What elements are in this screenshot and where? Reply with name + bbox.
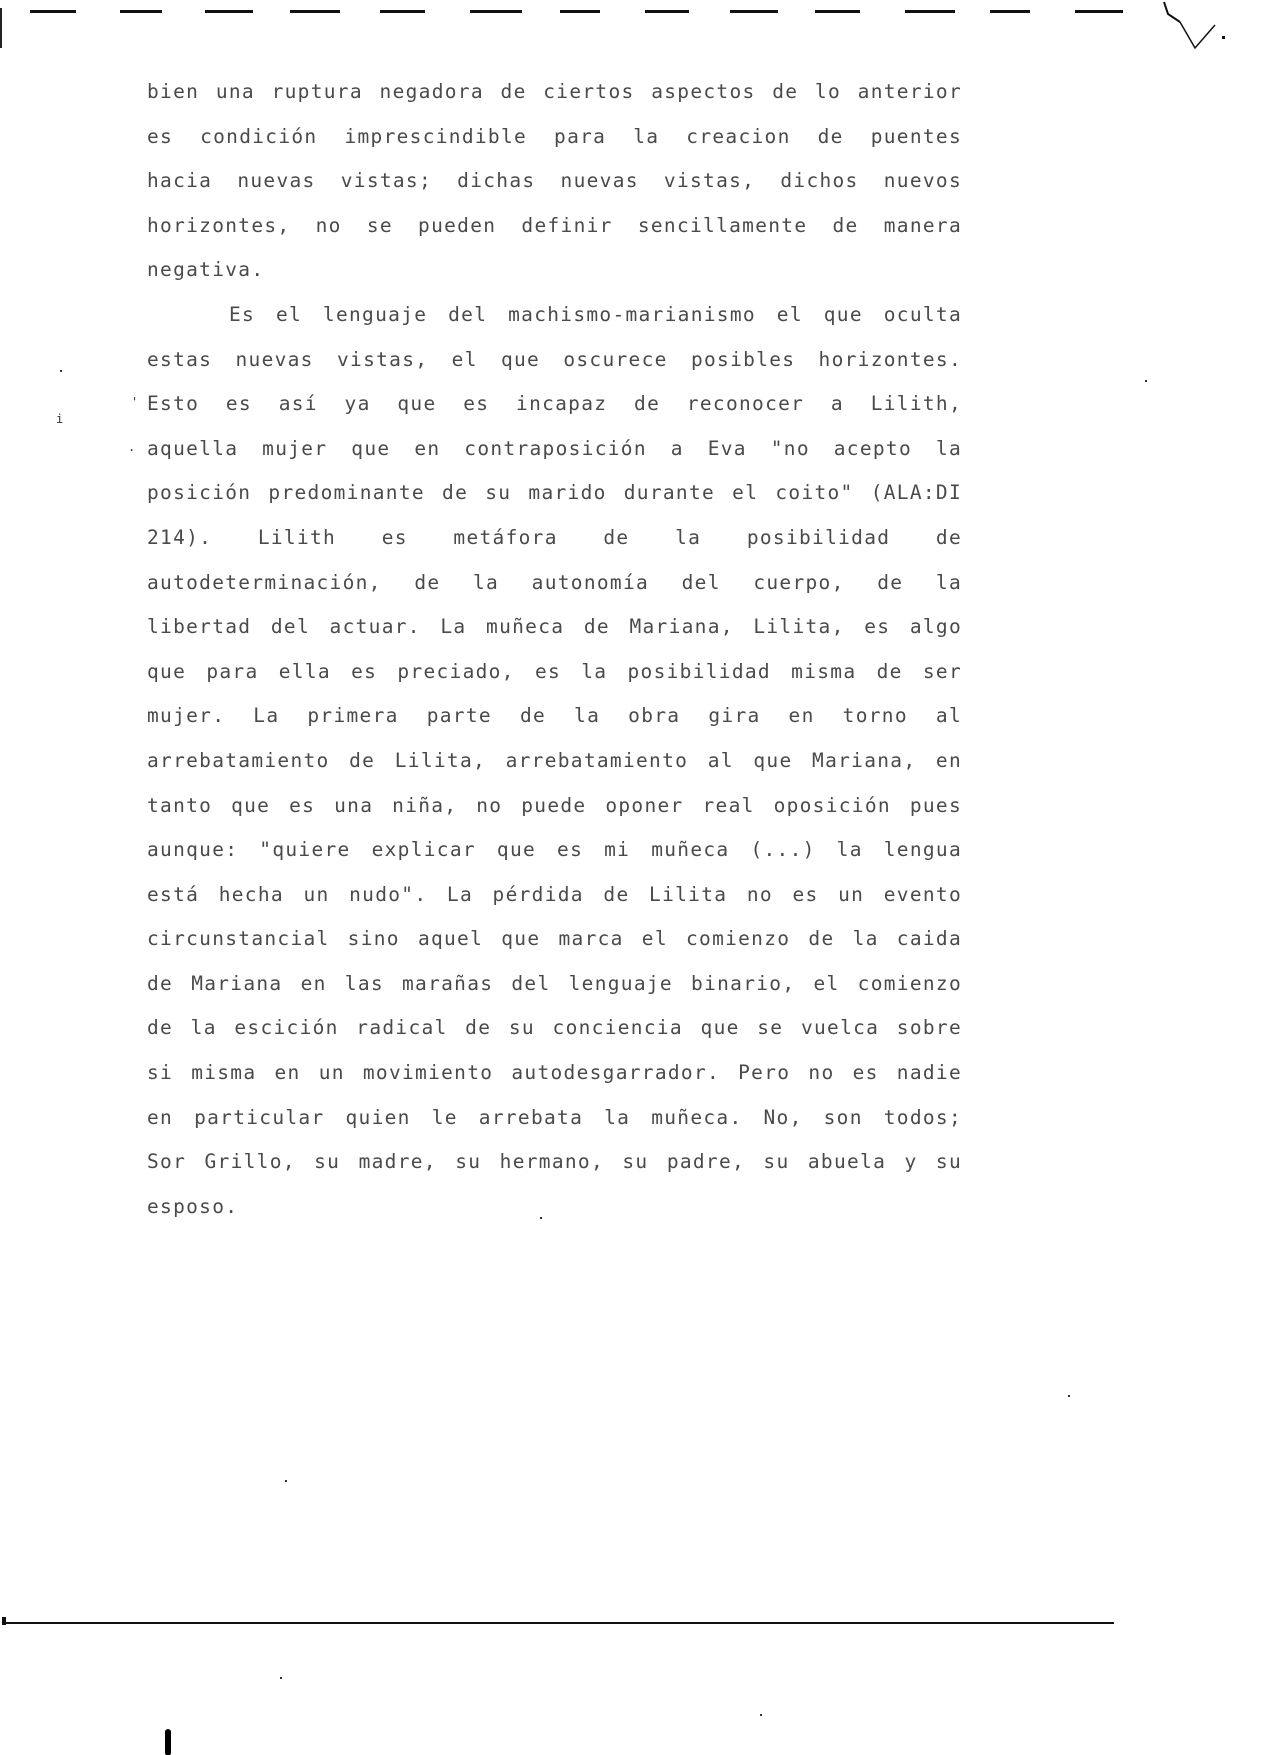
dash-mark [905,10,955,13]
bottom-rule [2,1622,1114,1624]
text-line: es condición imprescindible para la crea… [147,123,962,168]
text-line: esposo. [147,1193,962,1238]
text-line: que para ella es preciado, es la posibil… [147,658,962,703]
dash-mark [645,10,689,13]
text-line: posición predominante de su marido duran… [147,479,962,524]
scan-speck [60,370,62,372]
dash-mark [560,10,600,13]
text-line: arrebatamiento de Lilita, arrebatamiento… [147,747,962,792]
text-line: bien una ruptura negadora de ciertos asp… [147,78,962,123]
dash-mark [815,10,860,13]
margin-mark: . [128,440,135,454]
margin-mark: ' [131,395,138,409]
scan-speck [1145,380,1147,382]
text-line: de Mariana en las marañas del lenguaje b… [147,970,962,1015]
corner-check-mark [1150,0,1270,55]
text-line: circunstancial sino aquel que marca el c… [147,925,962,970]
dash-mark [380,10,425,13]
text-line: aquella mujer que en contraposición a Ev… [147,435,962,480]
paragraph-start-line: Es el lenguaje del machismo-marianismo e… [147,301,962,346]
dash-mark [120,10,162,13]
text-line: horizontes, no se pueden definir sencill… [147,212,962,257]
dash-mark [205,10,253,13]
text-line: negativa. [147,256,962,301]
dash-mark [730,10,778,13]
dash-mark [990,10,1030,13]
text-line: mujer. La primera parte de la obra gira … [147,702,962,747]
text-line: de la escición radical de su conciencia … [147,1014,962,1059]
text-line: aunque: "quiere explicar que es mi muñec… [147,836,962,881]
dash-mark [470,10,522,13]
scan-speck [280,1677,282,1679]
dash-mark [1075,10,1123,13]
dash-mark [30,10,76,13]
scanned-page: ' i . bien una ruptura negadora de ciert… [0,0,1275,1755]
text-line: autodeterminación, de la autonomía del c… [147,569,962,614]
dash-mark [290,10,340,13]
scan-speck [1068,1395,1070,1397]
left-edge-mark [0,8,2,48]
scan-speck [540,1217,542,1219]
text-line: 214). Lilith es metáfora de la posibilid… [147,524,962,569]
text-line: estas nuevas vistas, el que oscurece pos… [147,346,962,391]
text-line: hacia nuevas vistas; dichas nuevas vista… [147,167,962,212]
scan-speck [760,1714,762,1716]
body-text: bien una ruptura negadora de ciertos asp… [147,78,962,1237]
text-line: está hecha un nudo". La pérdida de Lilit… [147,881,962,926]
text-line: tanto que es una niña, no puede oponer r… [147,792,962,837]
text-line: libertad del actuar. La muñeca de Marian… [147,613,962,658]
top-scan-artifact [0,0,1275,60]
ink-blot-mark [165,1729,171,1755]
text-line: Esto es así ya que es incapaz de reconoc… [147,390,962,435]
text-line: Sor Grillo, su madre, su hermano, su pad… [147,1148,962,1193]
text-line: si misma en un movimiento autodesgarrado… [147,1059,962,1104]
scan-speck [285,1480,287,1482]
margin-mark: i [56,412,63,426]
text-line: en particular quien le arrebata la muñec… [147,1104,962,1149]
